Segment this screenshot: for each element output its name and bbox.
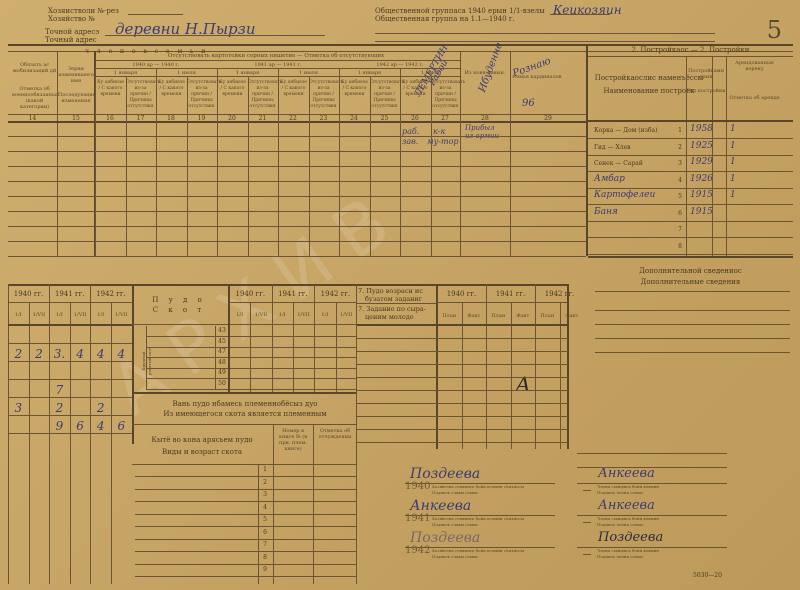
column-number: 24 (339, 115, 369, 122)
rent-header-udm: Арендованные кереку (727, 60, 782, 72)
breed-row-number: 1 (258, 466, 272, 473)
column-number: 27 (430, 115, 460, 122)
rent-mark: 1 (730, 124, 736, 134)
land-value-cell: 4 (70, 347, 91, 361)
year-built-header: Год постройки (686, 88, 726, 94)
land-value-cell: 6 (70, 419, 91, 433)
livestock-row-code: 48 (215, 359, 229, 366)
head-of-household-signature: Анкеева (410, 498, 471, 514)
column-number: 28 (460, 115, 510, 122)
hand-entry-rab: раб. (402, 127, 419, 136)
land-subcol-header: 1/VII (29, 312, 50, 318)
cell-label-present: Ку анбиезе / С какого времени (96, 80, 125, 98)
building-name: Корка — Дом (изба) (594, 127, 657, 135)
family-row-line (8, 136, 586, 137)
land-value-cell: 9 (49, 419, 70, 433)
signature-year: 1940 (405, 483, 430, 491)
right-signature-caption: Подпись члена семьи (597, 554, 643, 559)
building-year: 1929 (690, 157, 713, 167)
livestock-year-header: 1942 гг. (314, 290, 357, 298)
land-value-cell: 7 (49, 383, 70, 397)
breed-row-number: 4 (258, 504, 272, 511)
land-value-cell: 3 (8, 401, 29, 415)
pedigree-header-udm: Вань пудо нбамесь племеннобёсыз дуо (134, 400, 356, 408)
building-year: 1915 (690, 207, 713, 217)
cell-label-present: Ку анбиезе / С какого времени (157, 80, 186, 98)
task-year-header: 1940 гг. (437, 290, 486, 298)
livestock-subcol-header: 1/I (314, 312, 335, 318)
rent-mark: 1 (730, 190, 736, 200)
livestock-subcol-header: 1/VII (250, 312, 271, 318)
building-row: 8 (588, 238, 793, 254)
land-year-header: 1941 гг. (49, 290, 90, 298)
building-row: 7 (588, 221, 793, 237)
land-year-header: 1942 гг. (90, 290, 131, 298)
family-row-line (8, 196, 586, 197)
land-value-cell: 4 (90, 347, 111, 361)
family-row-line (8, 211, 586, 212)
column-number: 19 (186, 115, 217, 122)
building-index: 5 (674, 193, 686, 200)
land-value-cell: 6 (111, 419, 132, 433)
livestock-year-header: 1940 гг. (229, 290, 272, 298)
family-row-line (8, 226, 586, 227)
livestock-row-code: 43 (215, 327, 229, 334)
column-number: 22 (278, 115, 308, 122)
left-signature-caption-udm: Хозяйства семьяясь бойн вэлыня сёмьяосы (432, 516, 524, 521)
right-signature-caption-udm: Члена семьяясь бойн вэлыня (597, 516, 659, 521)
livestock-row-code: 45 (215, 338, 229, 345)
task-subcol-header: Факт (560, 313, 585, 319)
column-number: 16 (95, 115, 125, 122)
land-subcol-header: 1/I (8, 312, 29, 318)
rent-mark: 1 (730, 141, 736, 151)
building-name: Амбар (594, 174, 625, 184)
task-year-header: 1941 гг. (486, 290, 535, 298)
column-number: 15 (57, 115, 95, 122)
hand-entry-zav: зав. (402, 137, 418, 146)
building-name: Картофелеи (594, 190, 655, 200)
right-signature-caption: Подпись члена семьи (597, 522, 643, 527)
cell-label-absent: Отсутствовать из-за причин / Причины отс… (187, 80, 216, 110)
social-group-label-udm: Общественной группаса 1940 ерын 1/1-взел… (375, 7, 545, 15)
livestock-row-code: 49 (215, 369, 229, 376)
family-member-signature: Поздеева (598, 530, 663, 545)
building-row: Гид — Хлев219251 (588, 139, 793, 155)
column-number: 23 (308, 115, 339, 122)
building-name: Гид — Хлев (594, 144, 631, 152)
building-index: 4 (674, 177, 686, 184)
breed-row-number: 5 (258, 516, 272, 523)
building-name: Сенек — Сарай (594, 160, 643, 168)
cell-label-present: Ку анбиезе / С какого времени (340, 80, 369, 98)
column-number: 25 (369, 115, 400, 122)
breed-row-number: 8 (258, 554, 272, 561)
rent-header: Отметка об аренде (727, 95, 782, 101)
land-subcol-header: 1/VII (111, 312, 132, 318)
land-subcol-header: 1/VII (70, 312, 91, 318)
left-signature-caption: Подпись главы семьи (432, 490, 478, 495)
column-number: 18 (156, 115, 186, 122)
family-row-line (8, 181, 586, 182)
head-of-household-signature: Поздеева (410, 530, 480, 546)
building-year: 1915 (690, 190, 713, 200)
land-subcol-header: 1/I (49, 312, 70, 318)
rent-mark: 1 (730, 174, 736, 184)
family-row-line (8, 241, 586, 242)
right-signature-caption: Подпись члена семьи (597, 490, 643, 495)
building-year: 1925 (690, 141, 713, 151)
pedigree-header: Из имеющегося скота является племенным (134, 410, 356, 418)
signature-year: 1941 (405, 515, 430, 523)
social-group-label: Общественная группа на 1.1—1940 г. (375, 15, 515, 23)
cell-label-present: Ку анбиезе / С какого времени (401, 80, 430, 98)
building-row: Амбар419261 (588, 172, 793, 188)
head-of-household-signature: Поздеева (410, 466, 480, 482)
task-year-header: 1942 гг. (535, 290, 584, 298)
breed-header: Виды и возраст скота (134, 448, 270, 456)
left-signature-caption: Подпись главы семьи (432, 554, 478, 559)
cell-label-absent: Отсутствовать из-за причин / Причины отс… (309, 80, 338, 110)
building-index: 2 (674, 144, 686, 151)
task-7b-udm: 7. Задание по сыра- (358, 305, 426, 313)
additional-info-title: Дополнительные сведения (588, 278, 793, 286)
col15-header-b: Последующие изменения (58, 92, 94, 104)
year-built-header-udm: Постройками ерын (686, 68, 726, 80)
land-value-cell: 4 (111, 347, 132, 361)
cell-label-absent: Отсутствовать из-за причин / Причины отс… (248, 80, 277, 110)
livestock-row-code: 47 (215, 348, 229, 355)
cell-label-absent: Отсутствовать из-за причин / Причины отс… (126, 80, 155, 110)
livestock-subcol-header: 1/I (229, 312, 250, 318)
col15-header-a: Зерни изменившего имя (58, 66, 94, 84)
breed-row-number: 6 (258, 529, 272, 536)
household-label: Хозяйство № (48, 15, 95, 23)
handwritten-note-5: 96 (522, 98, 535, 109)
family-member-signature: Анкеева (598, 466, 655, 481)
task-7b: ценим молоде (365, 313, 414, 321)
family-row-line (8, 256, 586, 257)
address-label: Точный адрес (45, 36, 97, 44)
column-number: 17 (125, 115, 156, 122)
building-row: Корка — Дом (изба)119581 (588, 122, 793, 138)
rent-mark: 1 (730, 157, 736, 167)
land-value-cell: 4 (90, 419, 111, 433)
livestock-row-code: 50 (215, 380, 229, 387)
livestock-subcol-header: 1/VII (293, 312, 314, 318)
land-subcol-header: 1/I (90, 312, 111, 318)
left-signature-caption: Подпись главы семьи (432, 522, 478, 527)
herdbook-number-header: Номер в книге № (в при. плем. книге) (274, 428, 312, 452)
land-year-header: 1940 гг. (8, 290, 49, 298)
breed-row-number: 3 (258, 491, 272, 498)
col14-header-a: Обязатъ ас мобилизаций дй (12, 62, 57, 74)
building-row: Сенек — Сарай319291 (588, 155, 793, 171)
address-label-udm: Точной адресэ (45, 28, 99, 36)
building-index: 1 (674, 127, 686, 134)
building-index: 6 (674, 210, 686, 217)
land-value-cell: 3. (49, 347, 70, 361)
column-number: 14 (8, 115, 57, 122)
col14-header-b: Отметка об военнообязанных (какой катего… (12, 86, 57, 110)
land-value-cell: 2 (49, 401, 70, 415)
column-number: 21 (247, 115, 278, 122)
family-member-signature: Анкеева (598, 498, 655, 513)
task-7a: бузатом заданиг (365, 295, 422, 303)
task-7a-udm: 7. Пудо возрасн ис (358, 287, 423, 295)
building-row: Баня61915 (588, 205, 793, 221)
hand-entry-kk: к-к (433, 127, 445, 136)
task-subcol-header: План (437, 313, 462, 319)
task-subcol-header: План (486, 313, 511, 319)
column-number: 29 (510, 115, 586, 122)
livestock-year-header: 1941 гг. (272, 290, 315, 298)
building-row: Картофелеи519151 (588, 188, 793, 204)
buildings-title: 2. Постройкаос — 2. Постройки (588, 46, 793, 54)
building-index: 8 (674, 243, 686, 250)
breed-row-number: 7 (258, 541, 272, 548)
livestock-subcol-header: 1/I (272, 312, 293, 318)
household-label-udm: Хозяистволи №-рез (48, 7, 119, 15)
signature-year: 1942 (405, 547, 430, 555)
column-number: 20 (217, 115, 247, 122)
cell-label-present: Ку анбиезе / С какого времени (218, 80, 247, 98)
livestock-title: С к о т (134, 306, 224, 314)
additional-info-title-udm: Дополнительной сведениос (588, 267, 793, 275)
cell-label-present: Ку анбиезе / С какого времени (279, 80, 308, 98)
building-index: 3 (674, 160, 686, 167)
livestock-side-label: Крупный рогатый скот (141, 346, 153, 376)
building-name: Баня (594, 207, 618, 217)
ink-mark: A (516, 372, 530, 396)
livestock-title-udm: П у д о (134, 296, 224, 304)
right-signature-caption-udm: Члена семьяясь бойн вэлыня (597, 548, 659, 553)
building-year: 1926 (690, 174, 713, 184)
building-year: 1958 (690, 124, 713, 134)
cell-label-absent: Отсутствовать из-за причин / Причины отс… (431, 80, 460, 110)
left-signature-caption-udm: Хозяйства семьяясь бойн вэлыня сёмьяосы (432, 548, 524, 553)
page-number: 5 (767, 16, 782, 44)
land-value-cell: 2 (8, 347, 29, 361)
right-signature-caption-udm: Члена семьяясь бойн вэлыня (597, 484, 659, 489)
land-value-cell: 2 (29, 347, 50, 361)
task-subcol-header: Факт (511, 313, 536, 319)
family-row-line (8, 151, 586, 152)
breed-header-udm: Кытё во кона арясьем пудо (134, 436, 270, 444)
family-row-line (8, 166, 586, 167)
land-value-cell: 2 (90, 401, 111, 415)
building-index: 7 (674, 226, 686, 233)
hand-entry-arrived: Прибыл (465, 124, 495, 132)
cell-label-absent: Отсутствовать из-за причин / Причины отс… (370, 80, 399, 110)
left-signature-caption-udm: Хозяйства семьяясь бойн вэлыня сёмьяосы (432, 484, 524, 489)
form-code: 5030—20 (693, 572, 722, 580)
column-number: 26 (400, 115, 430, 122)
task-subcol-header: План (535, 313, 560, 319)
breed-row-number: 2 (258, 479, 272, 486)
breed-row-number: 9 (258, 566, 272, 573)
alienation-header: Отметка об отчуждении (314, 428, 356, 440)
absence-title: Отсутствовать картотейки серных нишетие … (96, 53, 456, 59)
task-subcol-header: Факт (462, 313, 487, 319)
livestock-subcol-header: 1/VII (336, 312, 357, 318)
archival-household-ledger-page: АРХИВ 5 Хозяистволи №-рез Хозяйство № То… (0, 0, 800, 590)
